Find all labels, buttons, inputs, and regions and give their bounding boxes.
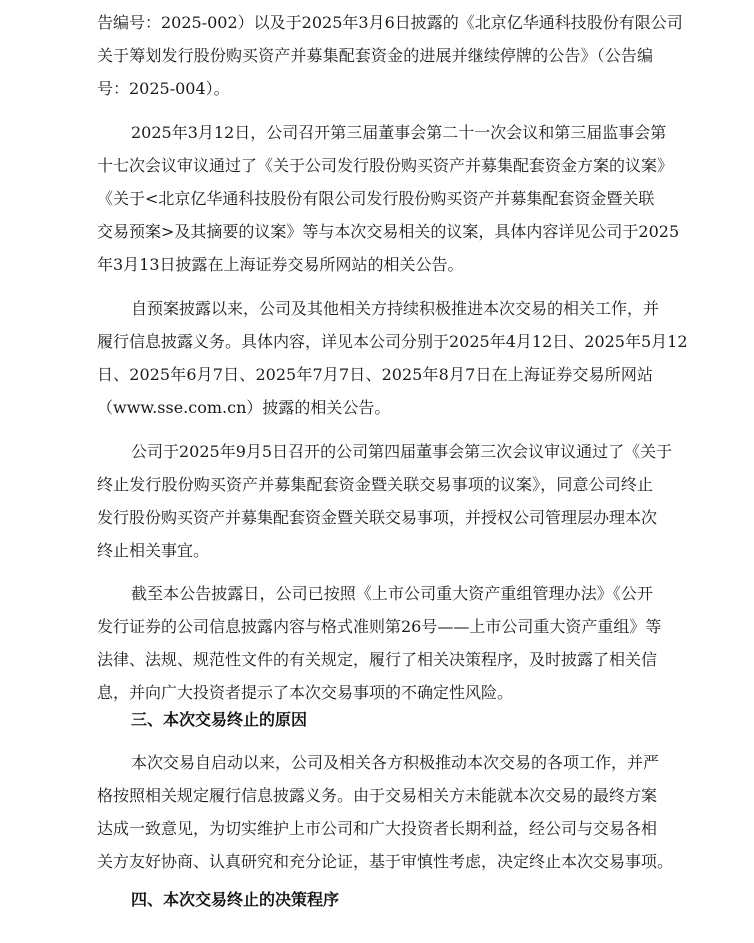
text-line: 息，并向广大投资者提示了本次交易事项的不确定性风险。 [97,681,653,705]
text-line: 达成一致意见，为切实维护上市公司和广大投资者长期利益，经公司与交易各相 [97,817,653,841]
text-line: 发行证券的公司信息披露内容与格式准则第26号——上市公司重大资产重组》等 [97,615,653,639]
text-line: 履行信息披露义务。具体内容，详见本公司分别于2025年4月12日、2025年5月… [97,330,653,354]
text-line: 年3月13日披露在上海证券交易所网站的相关公告。 [97,253,653,277]
text-line: 关于筹划发行股份购买资产并募集配套资金的进展并继续停牌的公告》（公告编 [97,44,653,68]
text-line: 格按照相关规定履行信息披露义务。由于交易相关方未能就本次交易的最终方案 [97,784,653,808]
text-line: 2025年3月12日，公司召开第三届董事会第二十一次会议和第三届监事会第 [131,121,653,145]
text-line: 发行股份购买资产并募集配套资金暨关联交易事项，并授权公司管理层办理本次 [97,506,653,530]
text-line: 日、2025年6月7日、2025年7月7日、2025年8月7日在上海证券交易所网… [97,363,653,387]
text-line: 号：2025-004）。 [97,77,653,101]
section-heading-decision-procedure: 四、本次交易终止的决策程序 [131,888,339,912]
text-line: 截至本公告披露日，公司已按照《上市公司重大资产重组管理办法》《公开 [131,582,653,606]
text-line: 终止发行股份购买资产并募集配套资金暨关联交易事项的议案》，同意公司终止 [97,473,653,497]
text-line: 《关于<北京亿华通科技股份有限公司发行股份购买资产并募集配套资金暨关联 [97,187,653,211]
text-line: 终止相关事宜。 [97,539,653,563]
text-line: 关方友好协商、认真研究和充分论证，基于审慎性考虑，决定终止本次交易事项。 [97,850,653,874]
text-line: 告编号：2025-002）以及于2025年3月6日披露的《北京亿华通科技股份有限… [97,11,653,35]
text-line: 自预案披露以来，公司及其他相关方持续积极推进本次交易的相关工作，并 [131,297,653,321]
text-line: 交易预案>及其摘要的议案》等与本次交易相关的议案，具体内容详见公司于2025 [97,220,653,244]
text-line: 法律、法规、规范性文件的有关规定，履行了相关决策程序，及时披露了相关信 [97,648,653,672]
text-line: 本次交易自启动以来，公司及相关各方积极推动本次交易的各项工作，并严 [131,751,653,775]
text-line: （www.sse.com.cn）披露的相关公告。 [97,396,653,420]
section-heading-termination-reason: 三、本次交易终止的原因 [131,708,307,732]
text-line: 十七次会议审议通过了《关于公司发行股份购买资产并募集配套资金方案的议案》 [97,154,653,178]
text-line: 公司于2025年9月5日召开的公司第四届董事会第三次会议审议通过了《关于 [131,440,653,464]
